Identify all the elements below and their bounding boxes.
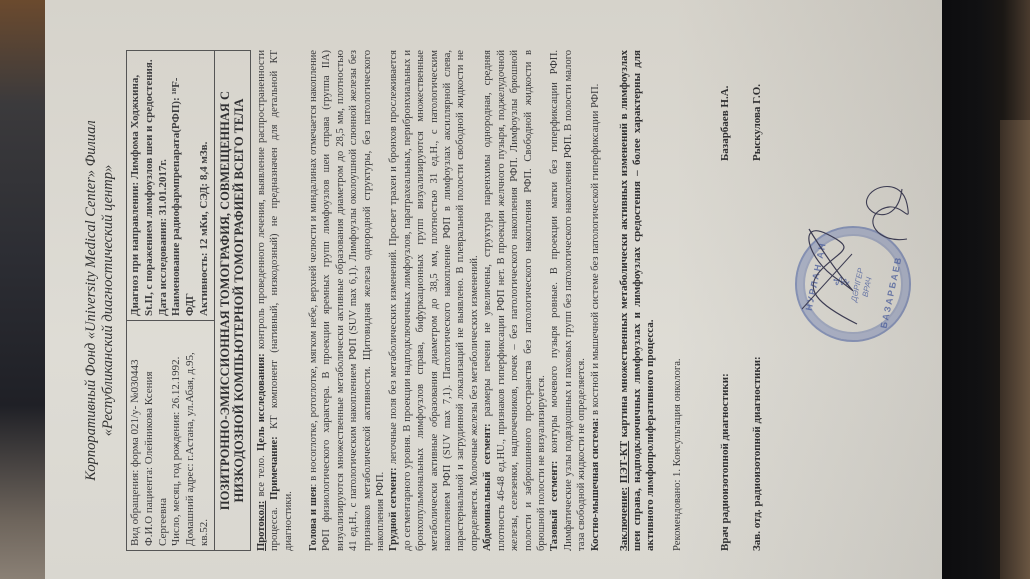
patient-info-table: Вид обращения: форма 021/у- №030443 Ф.И.… bbox=[126, 50, 251, 551]
protocol-label: Протокол: bbox=[256, 501, 267, 551]
signer-role: Врач радиоизотопной диагностики: bbox=[719, 373, 732, 551]
activity-dose: Активность: 12 мКи, СЭД: 8,4 мЗв. bbox=[198, 56, 212, 316]
organization-header: Корпоративный Фонд «University Medical C… bbox=[83, 50, 117, 551]
background-left bbox=[0, 0, 50, 579]
section-chest: Грудной сегмент: легочные поля без метаб… bbox=[387, 50, 481, 551]
note-label: Примечание: bbox=[269, 436, 280, 500]
section-pelvis: Тазовый сегмент: контуры мочевого пузыря… bbox=[548, 50, 588, 551]
conclusion-label: Заключение: bbox=[618, 487, 630, 551]
signature-block: Врач радиоизотопной диагностики: Базарба… bbox=[719, 50, 777, 551]
conclusion-paragraph: Заключение: ПЭТ-КТ картина множественных… bbox=[618, 50, 658, 551]
section-label: Костно-мышечная система: bbox=[590, 418, 601, 551]
study-details-cell: Диагноз при направлении: Лимфома Ходжкин… bbox=[127, 51, 215, 321]
section-head-neck: Голова и шея: в носоглотке, ротоглотке, … bbox=[307, 50, 387, 551]
study-title-banner: ПОЗИТРОННО-ЭМИССИОННАЯ ТОМОГРАФИЯ, СОВМЕ… bbox=[214, 51, 250, 551]
birth-date: Число, месяц, год рождения: 26.12.1992. bbox=[170, 326, 184, 546]
stamp-rim-bottom: БАЗАРБАЕВ bbox=[873, 236, 909, 348]
signature-row-doctor: Врач радиоизотопной диагностики: Базарба… bbox=[719, 50, 745, 551]
signer-role: Зав. отд. радиоизотопной диагностики: bbox=[751, 356, 764, 551]
study-date: Дата исследования: 31.01.2017г. bbox=[157, 56, 171, 316]
organization-line-1: Корпоративный Фонд «University Medical C… bbox=[83, 50, 100, 551]
protocol-text: все тело. bbox=[256, 451, 267, 501]
referral-diagnosis: Диагноз при направлении: Лимфома Ходжкин… bbox=[129, 56, 157, 316]
home-address: Домашний адрес: г.Астана, ул.Абая, д.95,… bbox=[184, 326, 212, 546]
background-wood bbox=[1000, 120, 1030, 579]
section-label: Грудной сегмент: bbox=[388, 467, 399, 551]
section-text: : в носоглотке, ротоглотке, мягком небе,… bbox=[308, 50, 386, 551]
signer-name: Рыскулова Г.О. bbox=[751, 84, 764, 161]
recommendation: Рекомендовано: 1. Консультация онколога. bbox=[671, 50, 684, 551]
radiopharmaceutical: Наименование радиофармпрепарата(РФП): ¹⁸… bbox=[170, 56, 198, 316]
patient-details-cell: Вид обращения: форма 021/у- №030443 Ф.И.… bbox=[127, 321, 215, 551]
section-musculoskeletal: Костно-мышечная система: в костной и мыш… bbox=[589, 50, 602, 551]
signer-name: Базарбаев Н.А. bbox=[719, 86, 732, 161]
goal-label: Цель исследования: bbox=[256, 353, 267, 451]
signature-row-head: Зав. отд. радиоизотопной диагностики: Ры… bbox=[751, 50, 777, 551]
section-label: Тазовый сегмент: bbox=[549, 461, 560, 551]
section-abdomen: Абдоминальный сегмент: размеры печени не… bbox=[481, 50, 548, 551]
section-label: Голова и шея bbox=[308, 487, 319, 551]
protocol-paragraph: Протокол: все тело. Цель исследования: к… bbox=[255, 50, 295, 551]
section-text: в костной и мышечной системе без патолог… bbox=[590, 84, 601, 418]
patient-name: Ф.И.О пациента: Олейникова Ксения Сергее… bbox=[143, 326, 171, 546]
doctor-stamp: НУРЛАН АН ⚕ ДӘРІГЕР ВРАЧ БАЗАРБАЕВ bbox=[784, 215, 922, 353]
organization-line-2: «Республиканский диагностический центр» bbox=[100, 50, 117, 551]
section-text: легочные поля без метаболических изменен… bbox=[388, 50, 479, 551]
conclusion-highlight: ПЭТ-КТ bbox=[618, 441, 630, 483]
section-label: Абдоминальный сегмент: bbox=[482, 424, 493, 551]
medical-report-page: Корпоративный Фонд «University Medical C… bbox=[45, 0, 942, 579]
stamp-center: ⚕ ДӘРІГЕР ВРАЧ bbox=[825, 250, 881, 318]
referral-type: Вид обращения: форма 021/у- №030443 bbox=[129, 326, 143, 546]
